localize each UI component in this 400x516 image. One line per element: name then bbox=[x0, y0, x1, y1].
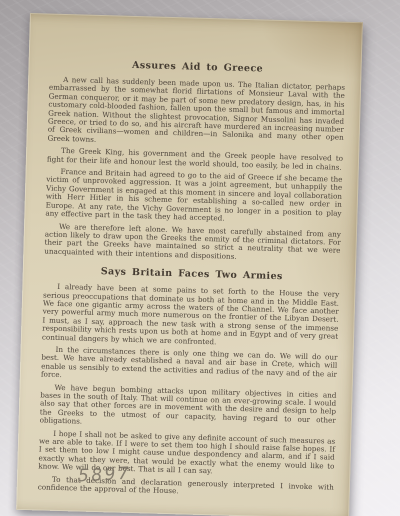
section-heading-says-britain-faces-two-armies: Says Britain Faces Two Armies bbox=[44, 265, 340, 284]
paragraph: In the circumstances there is only one t… bbox=[41, 345, 338, 387]
paragraph: I already have been at some pains to set… bbox=[42, 283, 340, 350]
section-heading-assures-aid-to-greece: Assures Aid to Greece bbox=[49, 58, 345, 77]
document-section-two-armies: Says Britain Faces Two Armies I already … bbox=[38, 265, 340, 501]
document-page: Assures Aid to Greece A new call has sud… bbox=[16, 13, 363, 516]
handwritten-pencil-number: 5897 bbox=[78, 464, 132, 487]
paragraph: France and Britain had agreed to go to t… bbox=[45, 168, 342, 227]
paragraph: We have begun bombing attacks upon milit… bbox=[39, 383, 336, 433]
paragraph: A new call has suddenly been made upon u… bbox=[47, 76, 345, 151]
document-section-assures-aid: Assures Aid to Greece A new call has sud… bbox=[44, 58, 345, 264]
photo-scene: Assures Aid to Greece A new call has sud… bbox=[0, 0, 400, 516]
paragraph: We are therefore left alone. We have mos… bbox=[44, 222, 341, 264]
